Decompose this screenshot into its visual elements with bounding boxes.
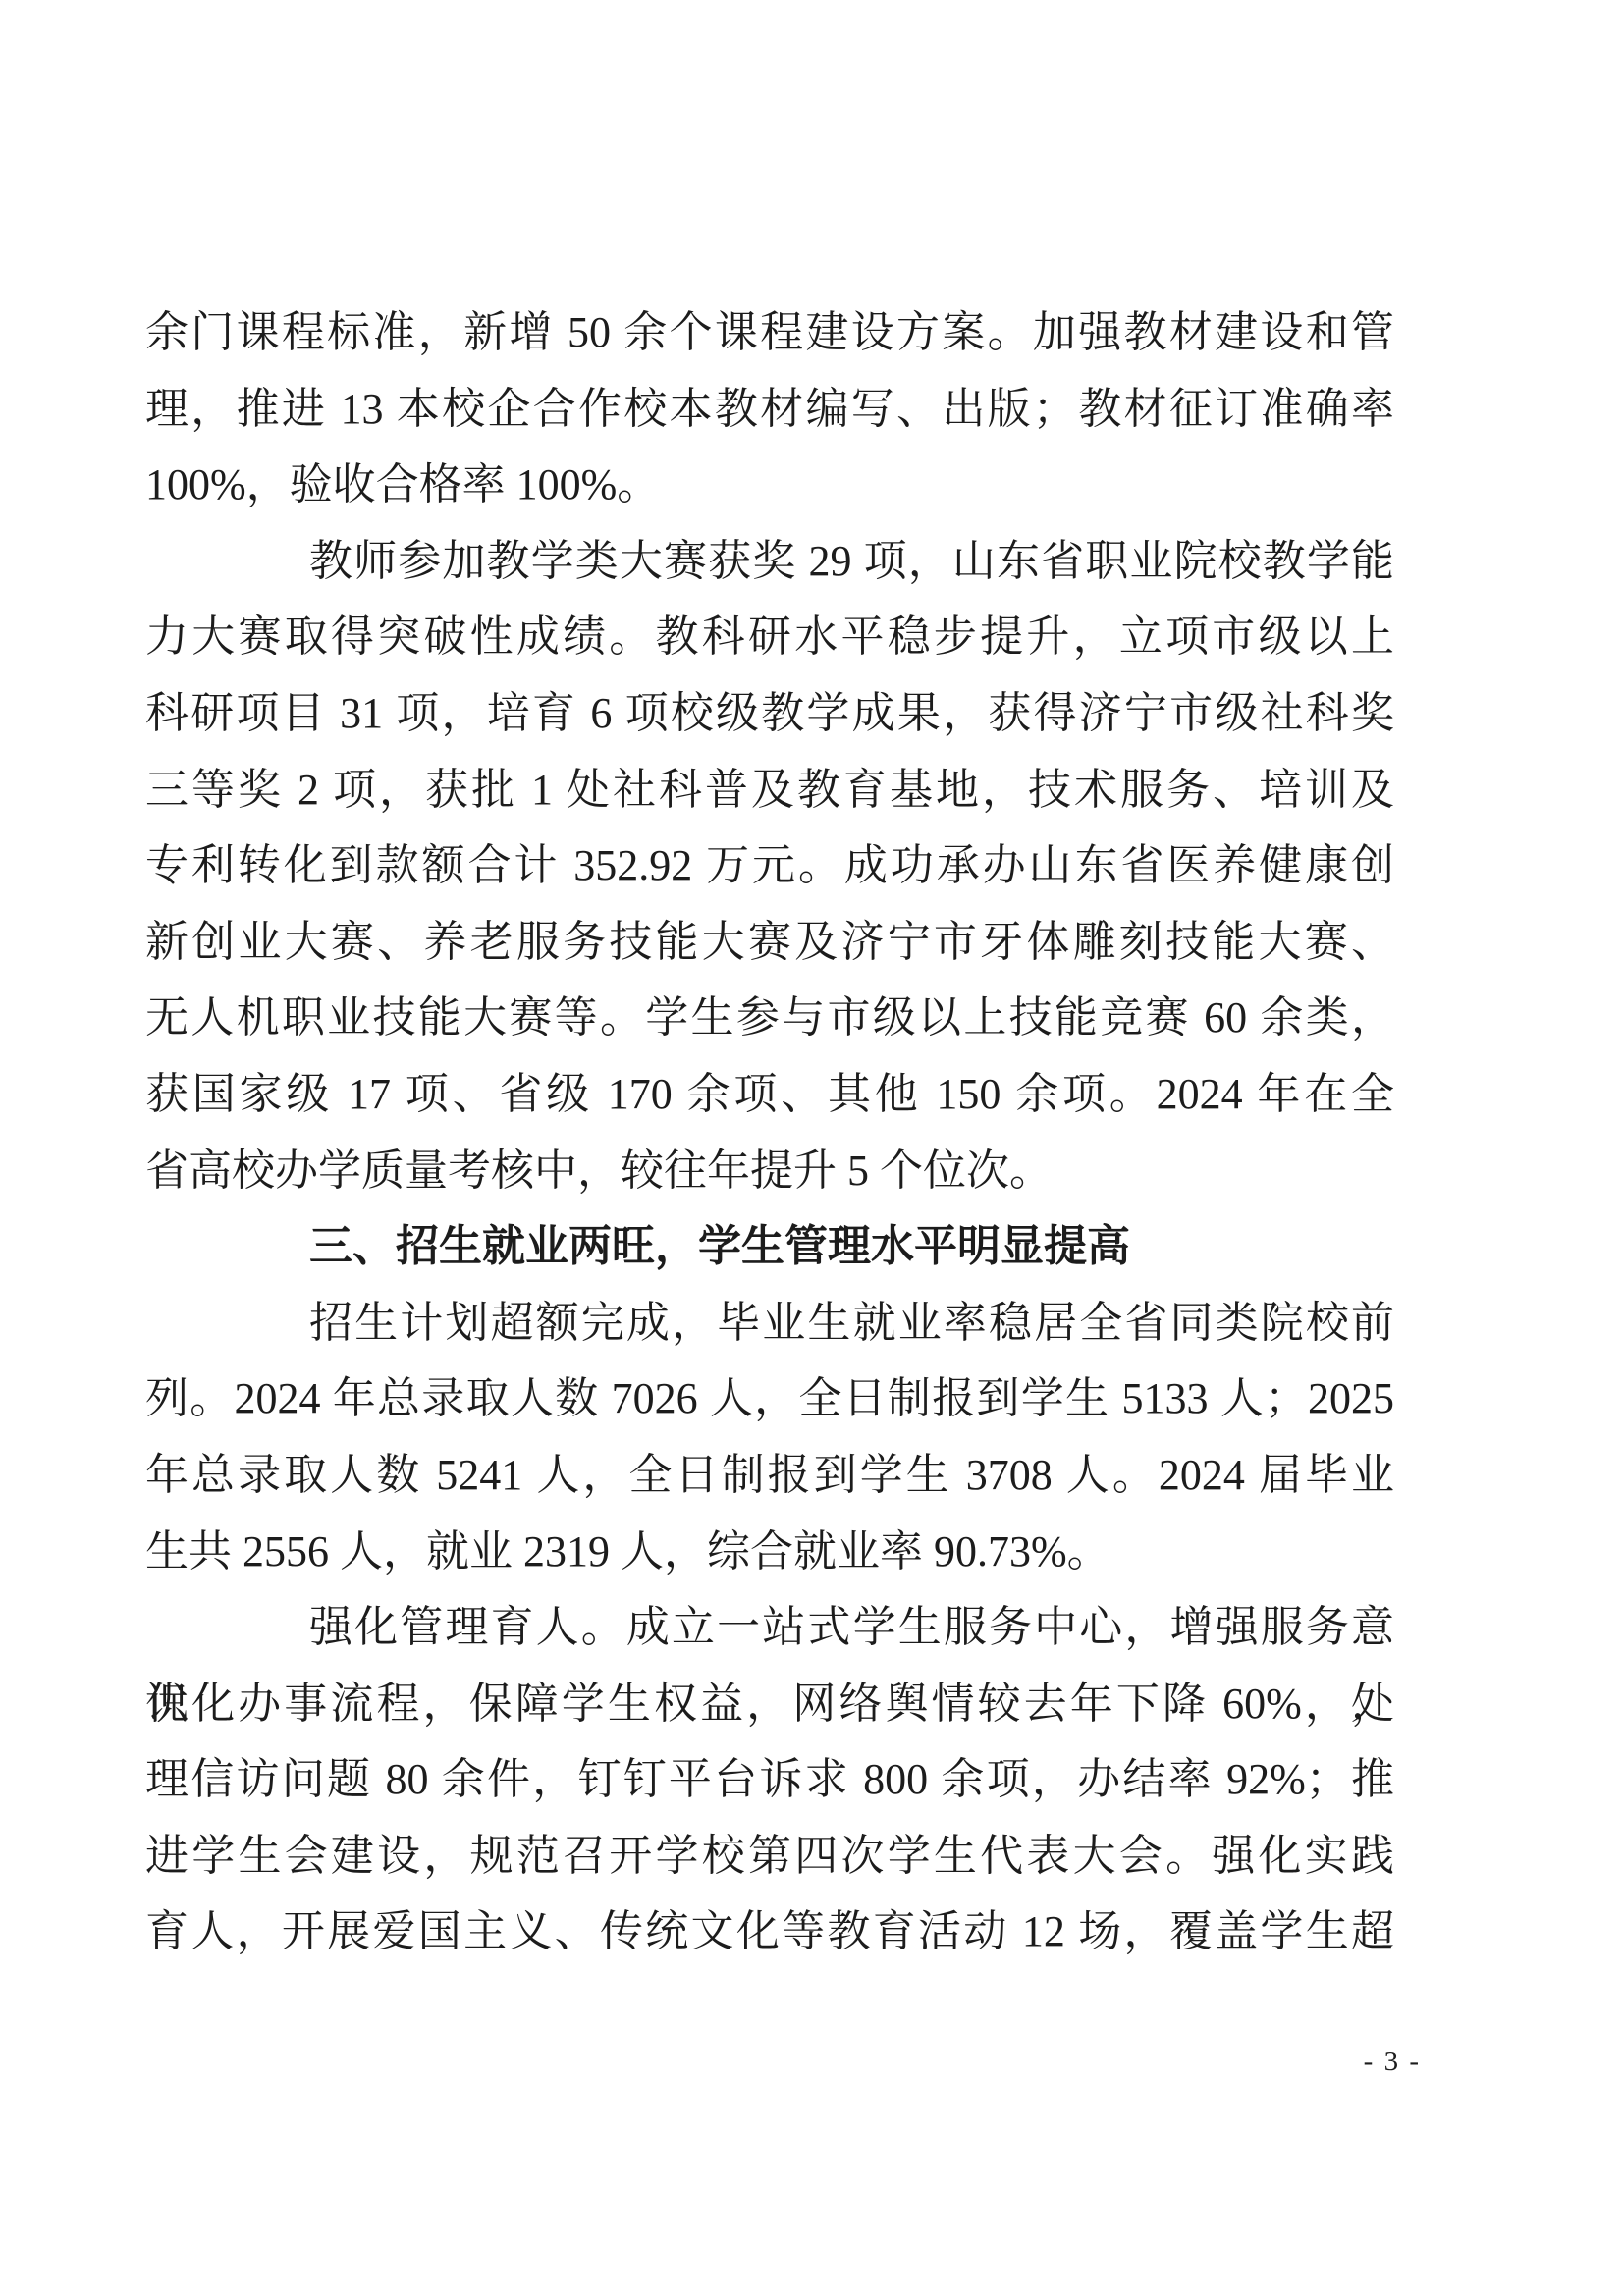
text-line: 科研项目 31 项，培育 6 项校级教学成果，获得济宁市级社科奖 [145,675,1394,752]
text-line: 年总录取人数 5241 人，全日制报到学生 3708 人。2024 届毕业 [145,1437,1394,1514]
text-line: 新创业大赛、养老服务技能大赛及济宁市牙体雕刻技能大赛、 [145,904,1394,981]
document-body: 余门课程标准，新增 50 余个课程建设方案。加强教材建设和管 理，推进 13 本… [145,294,1394,1970]
text-line: 三等奖 2 项，获批 1 处社科普及教育基地，技术服务、培训及 [145,752,1394,828]
text-line: 理，推进 13 本校企合作校本教材编写、出版；教材征订准确率 [145,371,1394,448]
text-line: 生共 2556 人，就业 2319 人，综合就业率 90.73%。 [145,1514,1394,1590]
text-line: 无人机职业技能大赛等。学生参与市级以上技能竞赛 60 余类， [145,980,1394,1056]
text-line: 力大赛取得突破性成绩。教科研水平稳步提升，立项市级以上 [145,599,1394,675]
text-line: 余门课程标准，新增 50 余个课程建设方案。加强教材建设和管 [145,294,1394,371]
text-line: 专利转化到款额合计 352.92 万元。成功承办山东省医养健康创 [145,828,1394,904]
text-line: 获国家级 17 项、省级 170 余项、其他 150 余项。2024 年在全 [145,1056,1394,1133]
page-number: - 3 - [1364,2044,1421,2079]
text-line: 教师参加教学类大赛获奖 29 项，山东省职业院校教学能 [145,523,1394,600]
text-line: 列。2024 年总录取人数 7026 人，全日制报到学生 5133 人；2025 [145,1361,1394,1437]
text-line: 100%，验收合格率 100%。 [145,447,1394,523]
text-line: 强化管理育人。成立一站式学生服务中心，增强服务意识， [145,1589,1394,1666]
text-line: 优化办事流程，保障学生权益，网络舆情较去年下降 60%，处 [145,1666,1394,1742]
document-page: 余门课程标准，新增 50 余个课程建设方案。加强教材建设和管 理，推进 13 本… [0,0,1623,2296]
text-line: 育人，开展爱国主义、传统文化等教育活动 12 场，覆盖学生超 [145,1894,1394,1970]
section-heading: 三、招生就业两旺，学生管理水平明显提高 [145,1208,1394,1285]
text-line: 招生计划超额完成，毕业生就业率稳居全省同类院校前 [145,1285,1394,1362]
text-line: 理信访问题 80 余件，钉钉平台诉求 800 余项，办结率 92%；推 [145,1741,1394,1818]
text-line: 进学生会建设，规范召开学校第四次学生代表大会。强化实践 [145,1818,1394,1895]
text-line: 省高校办学质量考核中，较往年提升 5 个位次。 [145,1133,1394,1209]
